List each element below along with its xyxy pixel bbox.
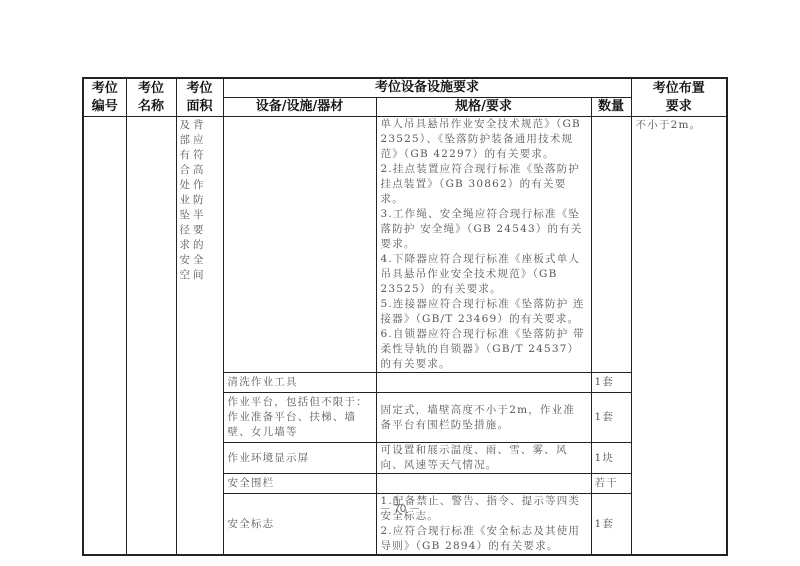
position-name-cell: [126, 117, 176, 556]
spec-cell: [376, 373, 591, 393]
quantity-cell: 1套: [591, 373, 631, 393]
spec-cell: 固定式，墙壁高度不小于2m，作业准备平台有围栏防坠措施。: [376, 393, 591, 443]
equipment-cell: 作业环境显示屏: [223, 443, 376, 474]
spec-cell: 单人吊具悬吊作业安全技术规范》（GB 23525）、《坠落防护装备通用技术规范》…: [376, 117, 591, 373]
position-no-cell: [83, 117, 126, 556]
spec-line: 2.应符合现行标准《安全标志及其使用导则》（GB 2894）的有关要求。: [381, 524, 587, 554]
spec-line: 2.挂点装置应符合现行标准《坠落防护 挂点装置》（GB 30862）的有关要求。: [381, 162, 587, 207]
spec-line: 4.下降器应符合现行标准《座板式单人吊具悬吊作业安全技术规范》（GB 23525…: [381, 252, 587, 297]
quantity-cell: 1块: [591, 443, 631, 474]
equipment-cell: [223, 117, 376, 373]
position-area-cell: 及背部应有符合高处作业防坠半径要求的安全空间: [176, 117, 223, 556]
header-position-no: 考位编号: [83, 78, 126, 117]
equipment-cell: 作业平台，包括但不限于：作业准备平台、扶梯、墙壁、女儿墙等: [223, 393, 376, 443]
spec-line: 6.自锁器应符合现行标准《坠落防护 带柔性导轨的自锁器》（GB/T 24537）…: [381, 327, 587, 372]
spec-line: 5.连接器应符合现行标准《坠落防护 连接器》（GB/T 23469）的有关要求。: [381, 297, 587, 327]
header-equipment: 设备/设施/器材: [223, 98, 376, 117]
header-equipment-group: 考位设备设施要求: [223, 78, 631, 98]
header-spec: 规格/要求: [376, 98, 591, 117]
header-layout-requirement: 考位布置要求: [631, 78, 727, 117]
spec-line: 3.工作绳、安全绳应符合现行标准《坠落防护 安全绳》（GB 24543）的有关要…: [381, 207, 587, 252]
requirements-table: 考位编号 考位名称 考位面积 考位设备设施要求 考位布置要求 设备/设施/器材 …: [82, 77, 728, 556]
header-position-area: 考位面积: [176, 78, 223, 117]
page-number: － 70 －: [0, 500, 800, 516]
header-quantity: 数量: [591, 98, 631, 117]
spec-cell: 可设置和展示温度、雨、雪、雾、风向、风速等天气情况。: [376, 443, 591, 474]
spec-cell: [376, 474, 591, 494]
equipment-cell: 清洗作业工具: [223, 373, 376, 393]
quantity-cell: 若干: [591, 474, 631, 494]
header-position-name: 考位名称: [126, 78, 176, 117]
layout-requirement-cell: 不小于2m。: [631, 117, 727, 556]
spec-line: 单人吊具悬吊作业安全技术规范》（GB 23525）、《坠落防护装备通用技术规范》…: [381, 117, 587, 162]
equipment-cell: 安全围栏: [223, 474, 376, 494]
quantity-cell: 1套: [591, 393, 631, 443]
quantity-cell: [591, 117, 631, 373]
